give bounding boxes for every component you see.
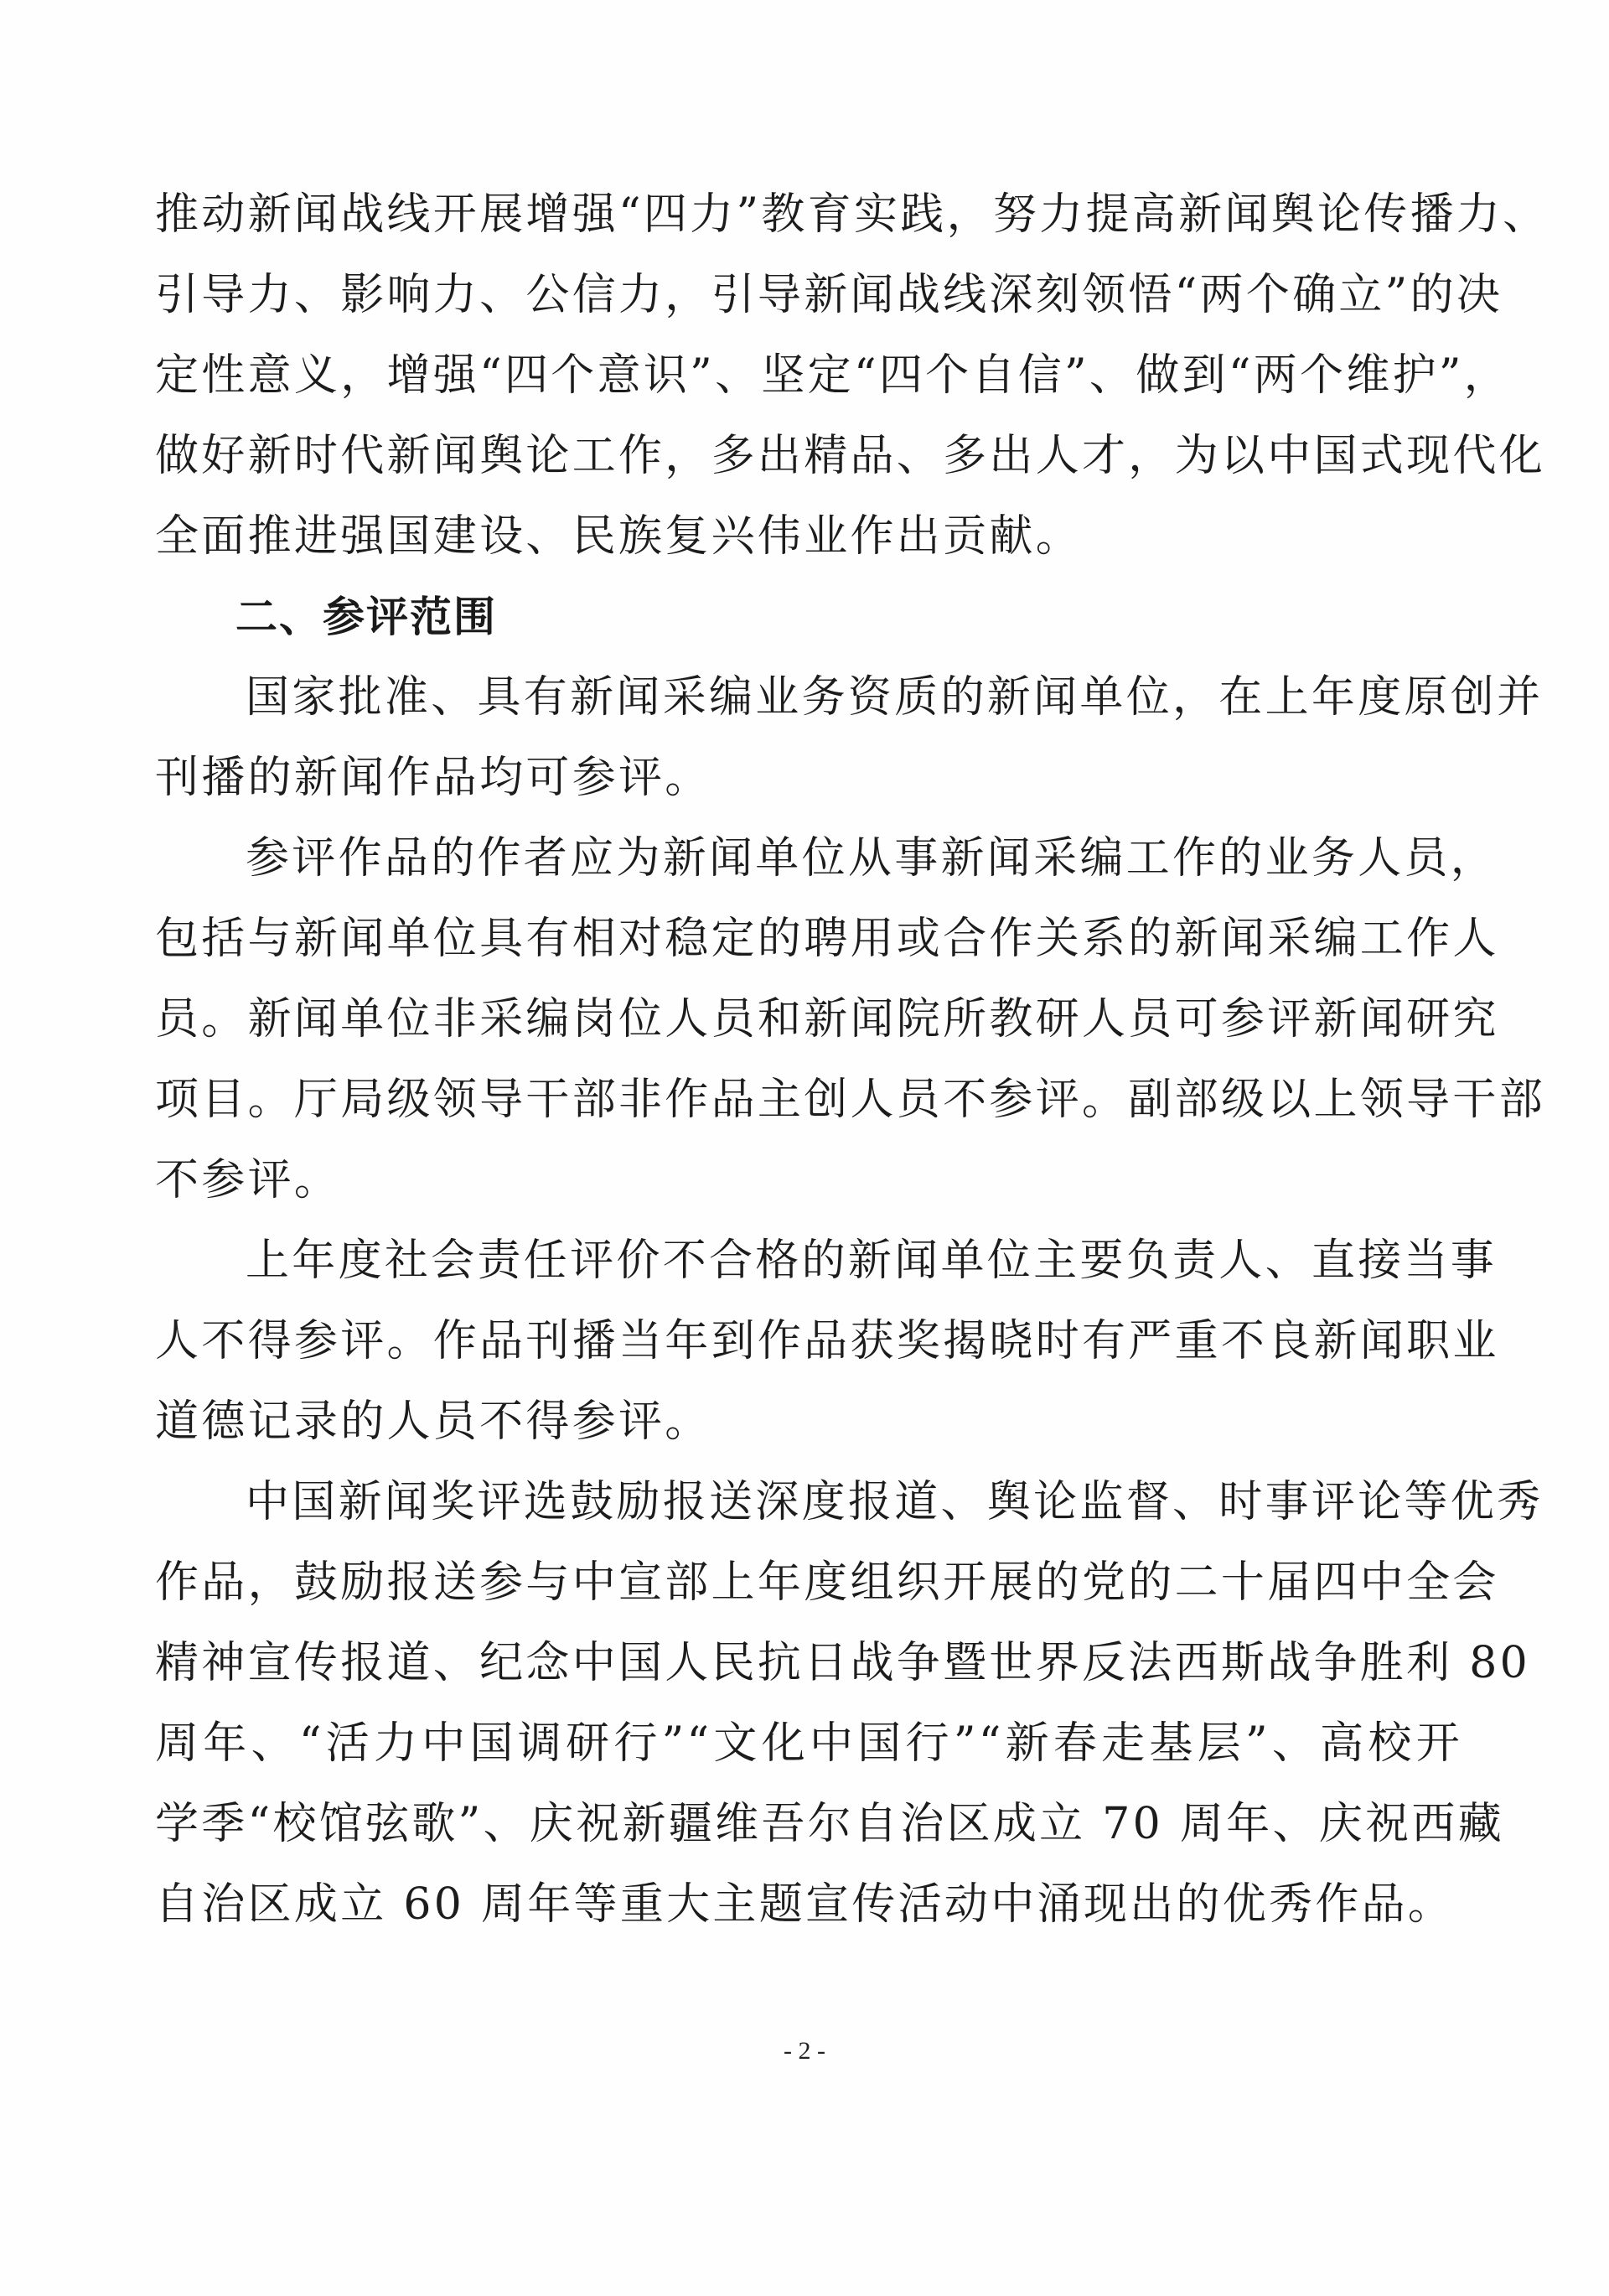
text-line: 道德记录的人员不得参评。 xyxy=(155,1381,1462,1462)
paragraph-continuation: 推动新闻战线开展增强“四力”教育实践，努力提高新闻舆论传播力、 引导力、影响力、… xyxy=(155,174,1462,577)
paragraph-eligible-units: 国家批准、具有新闻采编业务资质的新闻单位，在上年度原创并 刊播的新闻作品均可参评… xyxy=(155,657,1462,818)
document-page: 推动新闻战线开展增强“四力”教育实践，努力提高新闻舆论传播力、 引导力、影响力、… xyxy=(0,0,1609,2296)
text-line: 上年度社会责任评价不合格的新闻单位主要负责人、直接当事 xyxy=(155,1221,1462,1301)
text-line: 自治区成立 60 周年等重大主题宣传活动中涌现出的优秀作品。 xyxy=(155,1864,1462,1945)
document-body: 推动新闻战线开展增强“四力”教育实践，努力提高新闻舆论传播力、 引导力、影响力、… xyxy=(155,174,1462,1945)
text-line: 不参评。 xyxy=(155,1140,1462,1221)
text-line: 全面推进强国建设、民族复兴伟业作出贡献。 xyxy=(155,496,1462,577)
text-line: 推动新闻战线开展增强“四力”教育实践，努力提高新闻舆论传播力、 xyxy=(155,174,1462,255)
paragraph-exclusions: 上年度社会责任评价不合格的新闻单位主要负责人、直接当事 人不得参评。作品刊播当年… xyxy=(155,1221,1462,1462)
text-line: 作品，鼓励报送参与中宣部上年度组织开展的党的二十届四中全会 xyxy=(155,1542,1462,1623)
text-line: 项目。厅局级领导干部非作品主创人员不参评。副部级以上领导干部 xyxy=(155,1060,1462,1140)
text-line: 包括与新闻单位具有相对稳定的聘用或合作关系的新闻采编工作人 xyxy=(155,899,1462,979)
text-line: 定性意义，增强“四个意识”、坚定“四个自信”、做到“两个维护”， xyxy=(155,335,1462,416)
text-line: 引导力、影响力、公信力，引导新闻战线深刻领悟“两个确立”的决 xyxy=(155,255,1462,335)
text-line: 员。新闻单位非采编岗位人员和新闻院所教研人员可参评新闻研究 xyxy=(155,979,1462,1060)
text-line: 精神宣传报道、纪念中国人民抗日战争暨世界反法西斯战争胜利 80 xyxy=(155,1623,1462,1703)
text-line: 刊播的新闻作品均可参评。 xyxy=(155,738,1462,818)
text-line: 做好新时代新闻舆论工作，多出精品、多出人才，为以中国式现代化 xyxy=(155,416,1462,496)
text-line: 周年、“活力中国调研行”“文化中国行”“新春走基层”、高校开 xyxy=(155,1703,1462,1784)
text-line: 人不得参评。作品刊播当年到作品获奖揭晓时有严重不良新闻职业 xyxy=(155,1301,1462,1381)
section-heading: 二、参评范围 xyxy=(155,577,1462,657)
paragraph-eligible-authors: 参评作品的作者应为新闻单位从事新闻采编工作的业务人员， 包括与新闻单位具有相对稳… xyxy=(155,818,1462,1221)
page-number: - 2 - xyxy=(0,2037,1609,2065)
text-line: 学季“校馆弦歌”、庆祝新疆维吾尔自治区成立 70 周年、庆祝西藏 xyxy=(155,1784,1462,1864)
text-line: 国家批准、具有新闻采编业务资质的新闻单位，在上年度原创并 xyxy=(155,657,1462,738)
text-line: 参评作品的作者应为新闻单位从事新闻采编工作的业务人员， xyxy=(155,818,1462,899)
text-line: 中国新闻奖评选鼓励报送深度报道、舆论监督、时事评论等优秀 xyxy=(155,1462,1462,1542)
paragraph-encouraged-works: 中国新闻奖评选鼓励报送深度报道、舆论监督、时事评论等优秀 作品，鼓励报送参与中宣… xyxy=(155,1462,1462,1945)
